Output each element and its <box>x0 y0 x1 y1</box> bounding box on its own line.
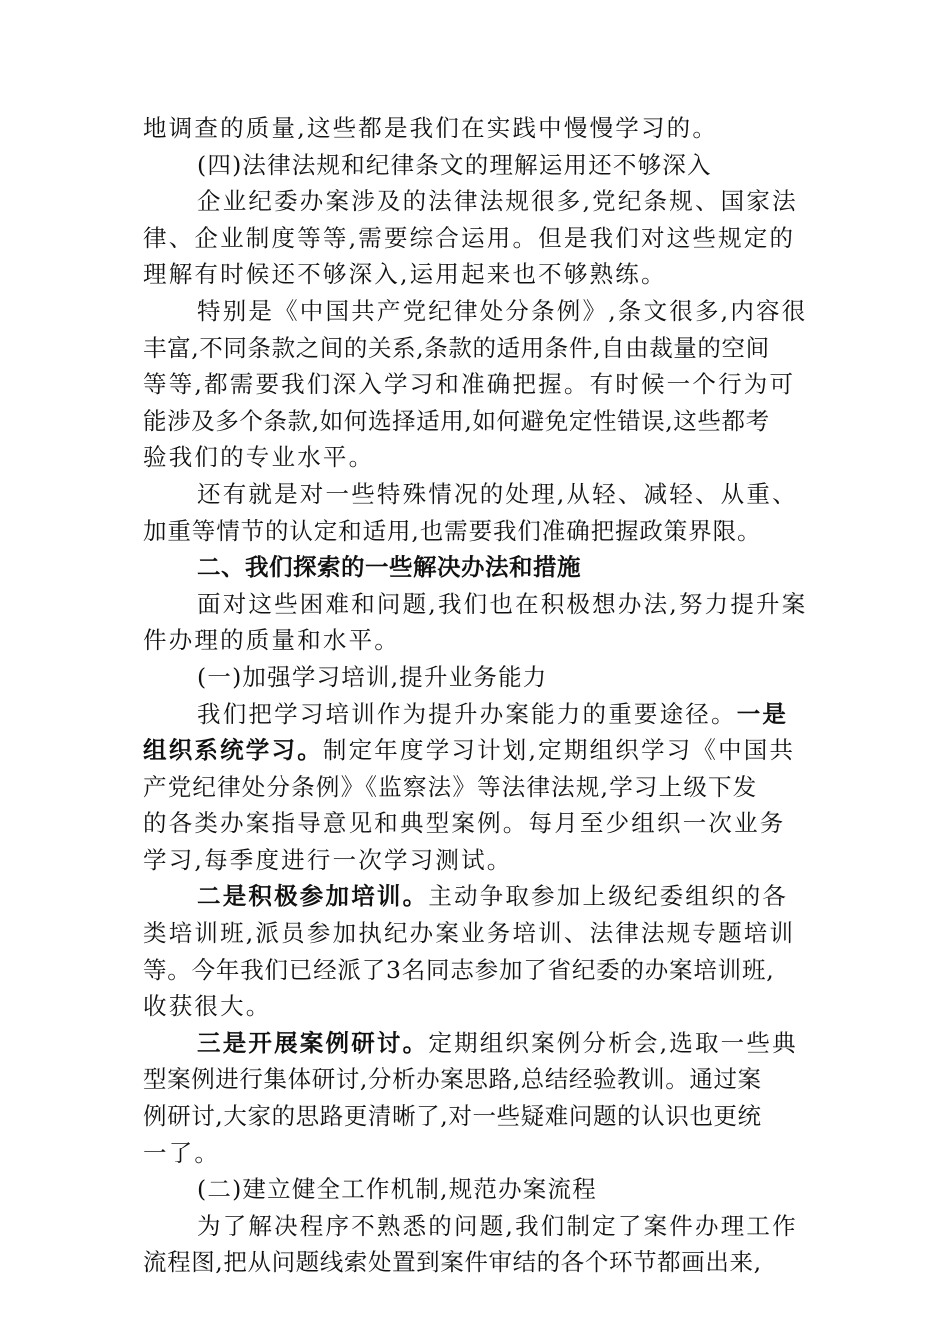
paragraph-text: 主动争取参加上级纪委组织的各 <box>428 882 788 910</box>
paragraph-text: 我们把学习培训作为提升办案能力的重要途径。 <box>197 700 737 728</box>
paragraph-line: 能涉及多个条款,如何选择适用,如何避免定性错误,这些都考 <box>143 403 808 440</box>
paragraph-line: 例研讨,大家的思路更清晰了,对一些疑难问题的认识也更统 <box>143 1098 808 1135</box>
paragraph-line: 组织系统学习。制定年度学习计划,定期组织学习《中国共 <box>143 732 808 769</box>
paragraph-line: 三是开展案例研讨。定期组织案例分析会,选取一些典 <box>143 1025 808 1062</box>
emphasis-text: 一是 <box>737 700 788 728</box>
paragraph-line: 特别是《中国共产党纪律处分条例》,条文很多,内容很 <box>143 293 808 330</box>
paragraph-line: 面对这些困难和问题,我们也在积极想办法,努力提升案 <box>143 586 808 623</box>
paragraph-line: 等。今年我们已经派了3名同志参加了省纪委的办案培训班, <box>143 952 808 989</box>
paragraph-line: 等等,都需要我们深入学习和准确把握。有时候一个行为可 <box>143 366 808 403</box>
paragraph-line: 型案例进行集体研讨,分析办案思路,总结经验教训。通过案 <box>143 1061 808 1098</box>
paragraph-text: 定期组织案例分析会,选取一些典 <box>428 1029 797 1057</box>
paragraph-line: 验我们的专业水平。 <box>143 439 808 476</box>
paragraph-line: 加重等情节的认定和适用,也需要我们准确把握政策界限。 <box>143 513 808 550</box>
subsection-heading-1: (一)加强学习培训,提升业务能力 <box>143 659 808 696</box>
section-heading-2: 二、我们探索的一些解决办法和措施 <box>143 549 808 586</box>
paragraph-line: 类培训班,派员参加执纪办案业务培训、法律法规专题培训 <box>143 915 808 952</box>
paragraph-line: 学习,每季度进行一次学习测试。 <box>143 842 808 879</box>
paragraph-line: 企业纪委办案涉及的法律法规很多,党纪条规、国家法 <box>143 183 808 220</box>
paragraph-line: 为了解决程序不熟悉的问题,我们制定了案件办理工作 <box>143 1208 808 1245</box>
paragraph-line: 收获很大。 <box>143 988 808 1025</box>
document-page: 地调查的质量,这些都是我们在实践中慢慢学习的。 (四)法律法规和纪律条文的理解运… <box>143 110 808 1281</box>
subsection-heading-2: (二)建立健全工作机制,规范办案流程 <box>143 1171 808 1208</box>
paragraph-text: 制定年度学习计划,定期组织学习《中国共 <box>323 736 795 764</box>
paragraph-line: 丰富,不同条款之间的关系,条款的适用条件,自由裁量的空间 <box>143 330 808 367</box>
emphasis-text: 二是积极参加培训。 <box>197 882 428 910</box>
paragraph-line: 律、企业制度等等,需要综合运用。但是我们对这些规定的 <box>143 220 808 257</box>
subsection-heading-4: (四)法律法规和纪律条文的理解运用还不够深入 <box>143 147 808 184</box>
paragraph-line: 一了。 <box>143 1135 808 1172</box>
paragraph-line: 理解有时候还不够深入,运用起来也不够熟练。 <box>143 256 808 293</box>
paragraph-line: 产党纪律处分条例》《监察法》等法律法规,学习上级下发 <box>143 769 808 806</box>
emphasis-text: 组织系统学习。 <box>143 736 323 764</box>
paragraph-line: 我们把学习培训作为提升办案能力的重要途径。一是 <box>143 696 808 733</box>
paragraph-line: 二是积极参加培训。主动争取参加上级纪委组织的各 <box>143 878 808 915</box>
paragraph-line: 还有就是对一些特殊情况的处理,从轻、减轻、从重、 <box>143 476 808 513</box>
emphasis-text: 三是开展案例研讨。 <box>197 1029 428 1057</box>
paragraph-line: 件办理的质量和水平。 <box>143 622 808 659</box>
paragraph-line: 的各类办案指导意见和典型案例。每月至少组织一次业务 <box>143 805 808 842</box>
paragraph-line: 地调查的质量,这些都是我们在实践中慢慢学习的。 <box>143 110 808 147</box>
paragraph-line: 流程图,把从问题线索处置到案件审结的各个环节都画出来, <box>143 1244 808 1281</box>
